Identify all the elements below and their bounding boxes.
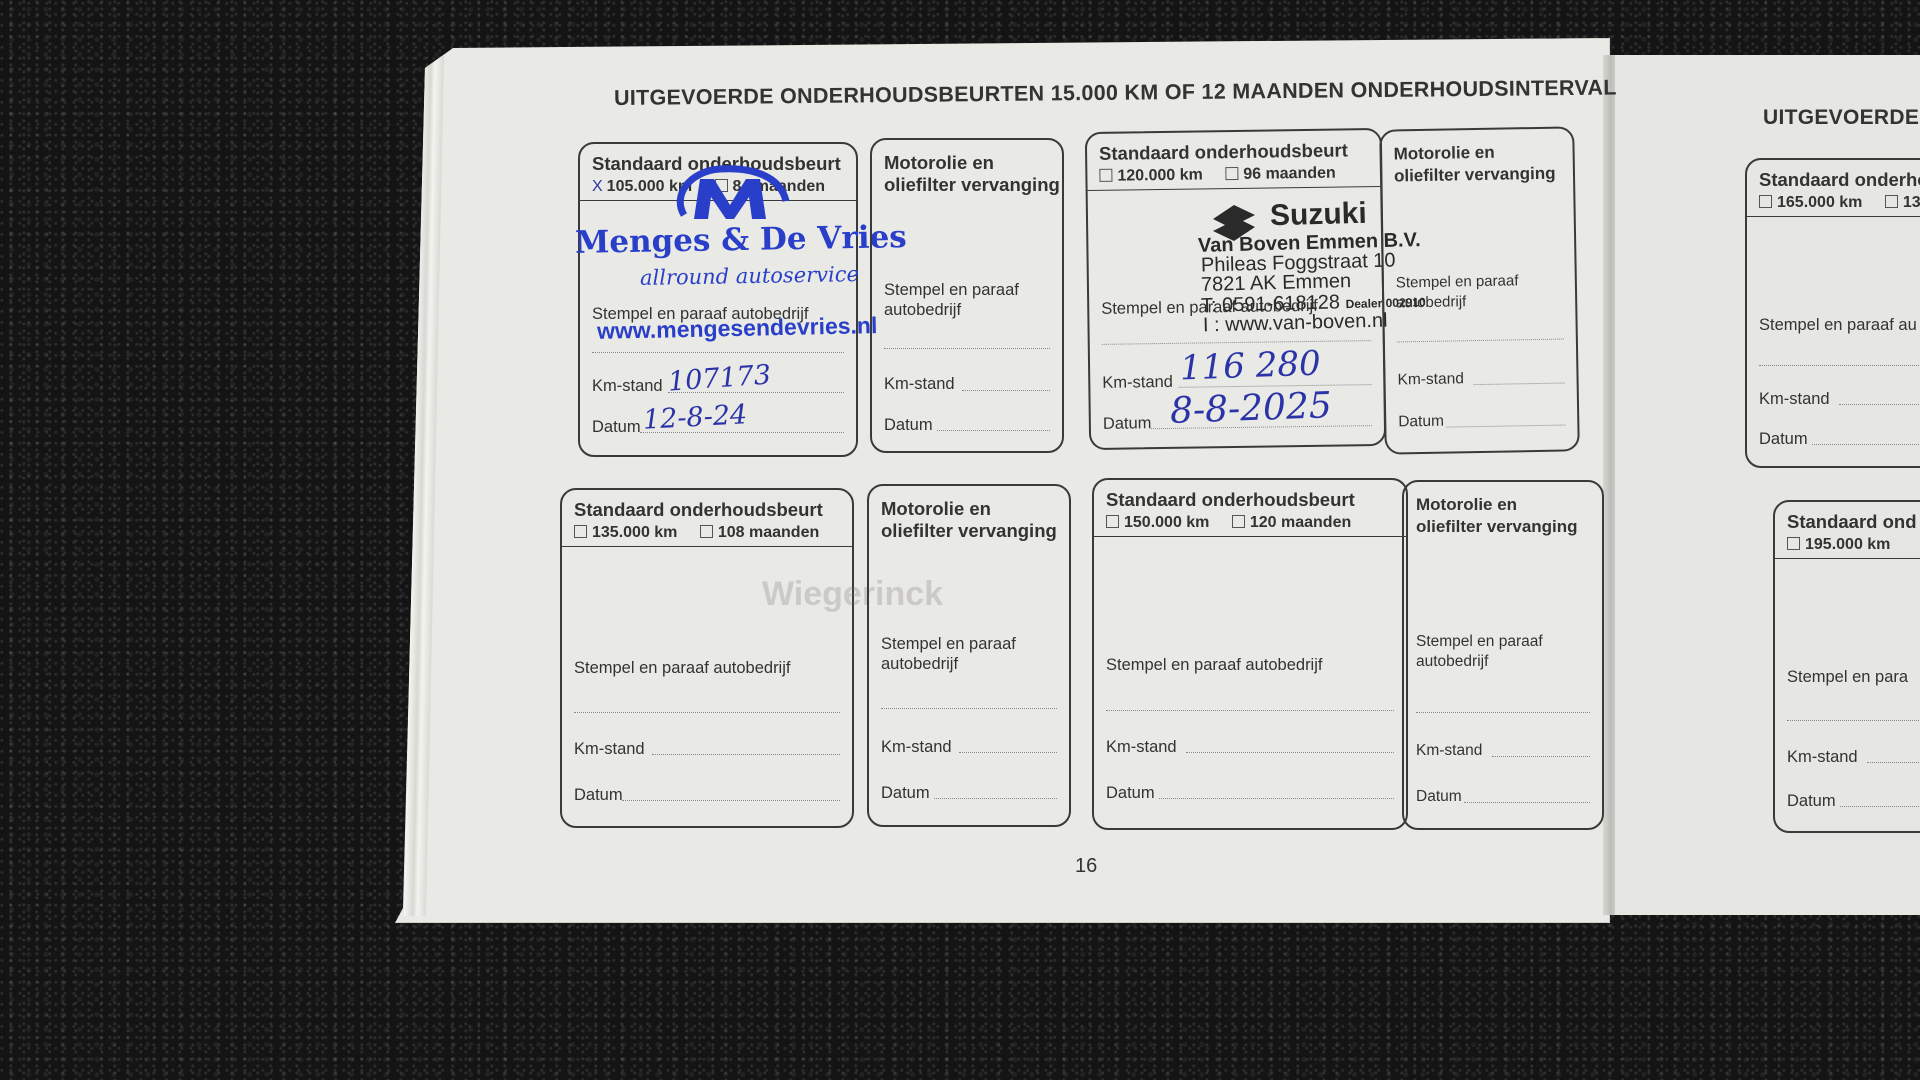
stamp-line bbox=[1416, 712, 1590, 713]
date-label: Datum bbox=[592, 418, 641, 437]
km-option: 150.000 km bbox=[1124, 514, 1209, 531]
stamp-label: Stempel en paraafautobedrijf bbox=[881, 634, 1016, 674]
km-label: Km-stand bbox=[1102, 373, 1173, 393]
date-line bbox=[934, 798, 1057, 799]
checkbox-icon[interactable] bbox=[1885, 195, 1898, 208]
stamp-label: Stempel en paraafautobedrijf bbox=[1396, 271, 1519, 313]
date-line bbox=[937, 430, 1050, 431]
stamp-line bbox=[881, 708, 1057, 709]
stamp-label: Stempel en paraafautobedrijf bbox=[1416, 632, 1543, 672]
page-number: 16 bbox=[1075, 855, 1097, 878]
oil-card-1: Motorolie enoliefilter vervanging Stempe… bbox=[870, 138, 1064, 453]
stamp-line bbox=[1759, 365, 1920, 366]
stamp-line bbox=[884, 348, 1050, 349]
card-heading: Motorolie enoliefilter vervanging bbox=[1393, 141, 1555, 188]
card-options: 195.000 km bbox=[1787, 536, 1890, 554]
checkbox-icon[interactable] bbox=[700, 525, 713, 538]
stamp-label: Stempel en para bbox=[1787, 667, 1908, 687]
date-line bbox=[1840, 806, 1920, 807]
month-option: 108 maanden bbox=[718, 524, 819, 541]
stamp-label: Stempel en paraaf autobedrijf bbox=[574, 658, 790, 678]
date-label: Datum bbox=[1787, 792, 1836, 811]
card-heading: Standaard onderhoudsbeurt bbox=[1099, 139, 1348, 164]
handwritten-date: 8-8-2025 bbox=[1169, 385, 1332, 432]
handwritten-km: 116 280 bbox=[1179, 344, 1321, 389]
card-heading: Standaard onderhou bbox=[1759, 169, 1920, 191]
divider bbox=[1775, 558, 1920, 559]
checkbox-checked-icon[interactable]: X bbox=[592, 178, 603, 195]
month-option: 120 maanden bbox=[1250, 514, 1351, 531]
oil-card-2: Motorolie enoliefilter vervanging Stempe… bbox=[1379, 126, 1580, 454]
right-service-card-195000: Standaard ond 195.000 km Stempel en para… bbox=[1773, 500, 1920, 833]
km-line bbox=[1867, 762, 1920, 763]
km-line bbox=[652, 754, 840, 755]
checkbox-icon[interactable] bbox=[1099, 169, 1112, 182]
date-line bbox=[1812, 444, 1920, 445]
service-card-135000: Standaard onderhoudsbeurt 135.000 km 108… bbox=[560, 488, 854, 828]
stamp-label: Stempel en paraaf autobedrijf bbox=[1106, 655, 1322, 675]
stamp-subtitle: allround autoservice bbox=[640, 262, 859, 290]
menges-de-vries-logo-icon bbox=[670, 165, 790, 223]
date-line bbox=[1464, 802, 1590, 803]
stamp-brand: Suzuki bbox=[1270, 197, 1368, 234]
card-heading: Standaard ond bbox=[1787, 511, 1917, 533]
km-label: Km-stand bbox=[1106, 738, 1177, 757]
stamp-line bbox=[1106, 710, 1394, 711]
km-line bbox=[1186, 752, 1394, 753]
card-options: 120.000 km 96 maanden bbox=[1099, 165, 1336, 186]
date-label: Datum bbox=[574, 786, 623, 805]
right-page-title: UITGEVOERDE O bbox=[1763, 106, 1920, 130]
km-label: Km-stand bbox=[1787, 748, 1858, 767]
km-line bbox=[959, 752, 1057, 753]
date-label: Datum bbox=[1106, 784, 1155, 803]
card-heading: Standaard onderhoudsbeurt bbox=[1106, 489, 1355, 511]
month-option: 96 maanden bbox=[1243, 165, 1336, 183]
card-heading: Motorolie enoliefilter vervanging bbox=[1416, 494, 1578, 538]
checkbox-icon[interactable] bbox=[1106, 515, 1119, 528]
date-label: Datum bbox=[1103, 414, 1152, 434]
date-label: Datum bbox=[881, 784, 930, 803]
date-label: Datum bbox=[1416, 788, 1462, 806]
divider bbox=[1094, 536, 1406, 537]
card-heading: Motorolie enoliefilter vervanging bbox=[884, 152, 1060, 196]
checkbox-icon[interactable] bbox=[1225, 167, 1238, 180]
checkbox-icon[interactable] bbox=[1232, 515, 1245, 528]
km-option: 135.000 km bbox=[592, 524, 677, 541]
card-heading: Standaard onderhoudsbeurt bbox=[574, 499, 823, 521]
km-label: Km-stand bbox=[1397, 370, 1464, 389]
divider bbox=[1088, 186, 1381, 191]
card-options: 150.000 km 120 maanden bbox=[1106, 514, 1351, 532]
km-label: Km-stand bbox=[1759, 390, 1830, 409]
stamp-website: I : www.van-boven.nl bbox=[1203, 310, 1388, 338]
divider bbox=[1747, 216, 1920, 217]
km-label: Km-stand bbox=[881, 738, 952, 757]
oil-card-3: Motorolie enoliefilter vervanging Stempe… bbox=[867, 484, 1071, 827]
right-service-card-165000: Standaard onderhou 165.000 km 132 Stempe… bbox=[1745, 158, 1920, 468]
card-options: 165.000 km 132 bbox=[1759, 194, 1920, 212]
stamp-line bbox=[1397, 339, 1564, 343]
handwritten-date: 12-8-24 bbox=[642, 399, 748, 435]
date-label: Datum bbox=[884, 416, 933, 435]
km-label: Km-stand bbox=[884, 375, 955, 394]
stamp-label: Stempel en paraaf au bbox=[1759, 315, 1917, 335]
stamp-line bbox=[574, 712, 840, 713]
divider bbox=[562, 546, 852, 547]
km-option: 120.000 km bbox=[1117, 166, 1203, 184]
card-heading: Motorolie enoliefilter vervanging bbox=[881, 498, 1057, 542]
km-line bbox=[962, 390, 1050, 391]
maintenance-booklet: UITGEVOERDE ONDERHOUDSBEURTEN 15.000 KM … bbox=[0, 0, 1920, 1080]
date-line bbox=[622, 800, 840, 801]
card-options: 135.000 km 108 maanden bbox=[574, 524, 819, 542]
km-line bbox=[1474, 383, 1565, 386]
date-label: Datum bbox=[1398, 413, 1444, 432]
date-line bbox=[1446, 425, 1565, 428]
service-card-150000: Standaard onderhoudsbeurt 150.000 km 120… bbox=[1092, 478, 1408, 830]
km-line bbox=[1839, 404, 1920, 405]
date-line bbox=[1159, 798, 1394, 799]
km-label: Km-stand bbox=[1416, 742, 1482, 760]
stamp-label: Stempel en paraafautobedrijf bbox=[884, 280, 1019, 320]
km-line bbox=[1492, 756, 1590, 757]
km-label: Km-stand bbox=[574, 740, 645, 759]
checkbox-icon[interactable] bbox=[1759, 195, 1772, 208]
checkbox-icon[interactable] bbox=[574, 525, 587, 538]
stamp-line bbox=[1787, 720, 1920, 721]
stamp-line bbox=[592, 352, 844, 353]
km-label: Km-stand bbox=[592, 377, 663, 396]
stamp-line bbox=[1102, 340, 1371, 345]
date-label: Datum bbox=[1759, 430, 1808, 449]
checkbox-icon[interactable] bbox=[1787, 537, 1800, 550]
stamp-company-name: Menges & De Vries bbox=[575, 219, 907, 261]
oil-card-4: Motorolie enoliefilter vervanging Stempe… bbox=[1402, 480, 1604, 830]
